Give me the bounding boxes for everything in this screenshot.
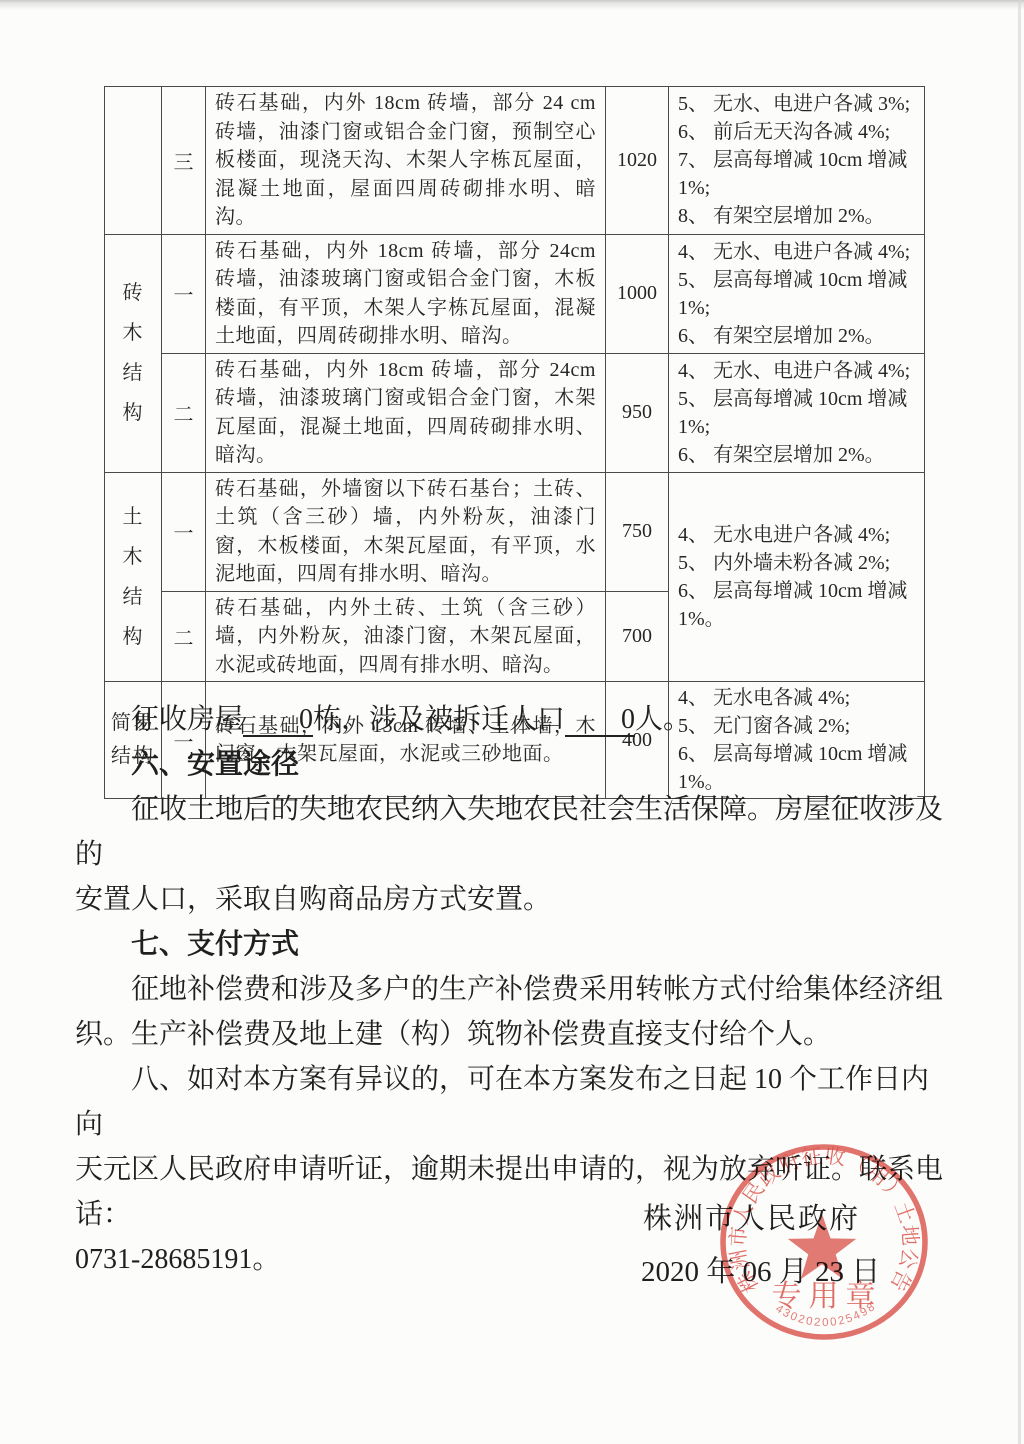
- table-row: 砖 木 结 构 一 砖石基础，内外 18cm 砖墙，部分 24cm 砖墙，油漆玻…: [105, 234, 925, 353]
- price-cell: 750: [606, 472, 669, 591]
- structure-cell-earth-wood: 土 木 结 构: [105, 472, 162, 682]
- price-cell: 700: [606, 591, 669, 682]
- price-cell: 1020: [606, 87, 669, 235]
- grade-cell: 三: [162, 87, 206, 235]
- intro-suffix: 人。: [635, 704, 691, 735]
- official-seal: 株洲市人民政府征收（用）土地公告 专用章 4302020025498: [713, 1138, 935, 1352]
- remarks-cell: 4、 无水、电进户各减 4%; 5、 层高每增减 10cm 增减 1%; 6、 …: [669, 353, 925, 472]
- structure-cell-brick-wood: 砖 木 结 构: [105, 234, 162, 472]
- description-cell: 砖石基础，内外土砖、土筑（含三砂）墙，内外粉灰，油漆门窗，木架瓦屋面，水泥或砖地…: [206, 591, 606, 682]
- grade-cell: 一: [162, 472, 206, 591]
- price-cell: 950: [606, 353, 669, 472]
- remarks-cell: 5、 无水、电进户各减 3%; 6、 前后无天沟各减 4%; 7、 层高每增减 …: [669, 87, 925, 235]
- description-cell: 砖石基础，内外 18cm 砖墙，部分 24 cm 砖墙，油漆门窗或铝合金门窗，预…: [206, 87, 606, 235]
- house-count-value: 0: [243, 705, 313, 737]
- section-7-heading: 七、支付方式: [75, 922, 954, 967]
- intro-prefix: 征收房屋: [131, 704, 243, 735]
- section-6-paragraph: 征收土地后的失地农民纳入失地农民社会生活保障。房屋征收涉及的 安置人口，采取自购…: [75, 787, 954, 922]
- seal-star-icon: [788, 1214, 856, 1279]
- table-row: 土 木 结 构 一 砖石基础，外墙窗以下砖石基台；土砖、土筑（含三砂）墙，内外粉…: [105, 472, 925, 591]
- intro-middle: 栋，涉及被拆迁人口: [313, 704, 565, 735]
- grade-cell: 二: [162, 353, 206, 472]
- scan-edge-right: [1018, 0, 1021, 1444]
- grade-cell: 一: [162, 234, 206, 353]
- section-6-heading: 六、安置途径: [75, 742, 954, 787]
- table-row: 二 砖石基础，内外 18cm 砖墙，部分 24cm 砖墙，油漆玻璃门窗或铝合金门…: [105, 353, 925, 472]
- structure-cell-empty: [105, 87, 162, 235]
- housing-count-line: 征收房屋0栋，涉及被拆迁人口0人。: [75, 697, 954, 742]
- scan-edge-top: [0, 0, 1024, 10]
- grade-cell: 二: [162, 591, 206, 682]
- section-7-paragraph: 征地补偿费和涉及多户的生产补偿费采用转帐方式付给集体经济组 织。生产补偿费及地上…: [75, 967, 954, 1057]
- remarks-cell-merged: 4、 无水电进户各减 4%; 5、 内外墙未粉各减 2%; 6、 层高每增减 1…: [669, 472, 925, 682]
- price-cell: 1000: [606, 234, 669, 353]
- remarks-cell: 4、 无水、电进户各减 4%; 5、 层高每增减 10cm 增减 1%; 6、 …: [669, 234, 925, 353]
- table-row: 三 砖石基础，内外 18cm 砖墙，部分 24 cm 砖墙，油漆门窗或铝合金门窗…: [105, 87, 925, 235]
- person-count-value: 0: [565, 705, 635, 737]
- description-cell: 砖石基础，内外 18cm 砖墙，部分 24cm 砖墙，油漆玻璃门窗或铝合金门窗，…: [206, 234, 606, 353]
- description-cell: 砖石基础，外墙窗以下砖石基台；土砖、土筑（含三砂）墙，内外粉灰，油漆门窗，木板楼…: [206, 472, 606, 591]
- description-cell: 砖石基础，内外 18cm 砖墙，部分 24cm 砖墙，油漆玻璃门窗或铝合金门窗，…: [206, 353, 606, 472]
